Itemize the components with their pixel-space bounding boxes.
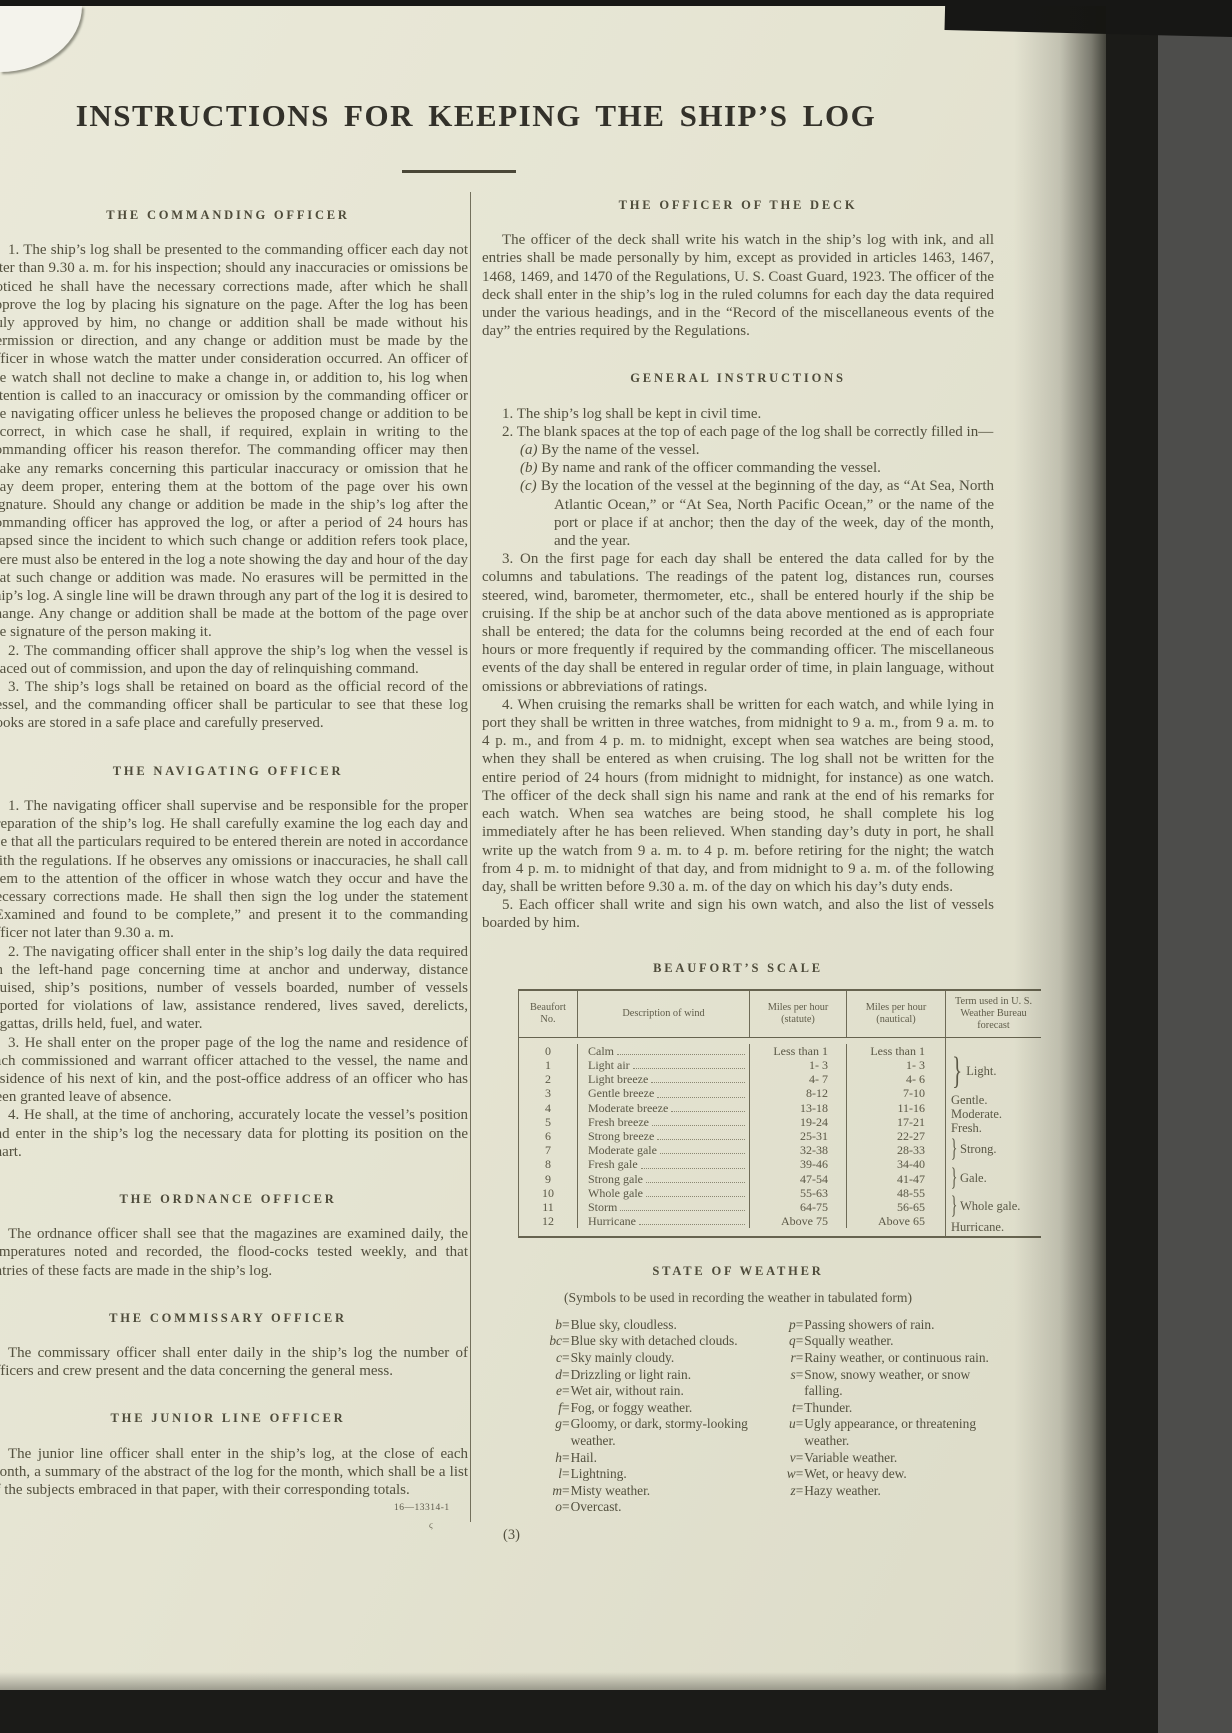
description-text: Strong breeze	[588, 1129, 654, 1143]
state-of-weather-subtitle: (Symbols to be used in recording the wea…	[482, 1289, 994, 1307]
weather-meaning: Thunder.	[803, 1400, 994, 1417]
weather-meaning: Fog, or foggy weather.	[570, 1400, 766, 1417]
weather-meaning: Drizzling or light rain.	[570, 1367, 766, 1384]
equals-sign: =	[562, 1350, 570, 1367]
title-rule	[402, 170, 516, 173]
printer-mark: 16—13314-1	[394, 1503, 450, 1513]
dotted-leader	[633, 1058, 745, 1069]
weather-meaning: Hail.	[570, 1450, 766, 1467]
cell-statute-mph: 64-75	[749, 1200, 846, 1214]
paragraph: 3. The ship’s logs shall be retained on …	[0, 678, 468, 733]
dotted-leader	[657, 1086, 745, 1097]
list-item-text: By the location of the vessel at the beg…	[541, 478, 994, 549]
dotted-leader	[660, 1143, 745, 1154]
weather-symbol-entry: z=Hazy weather.	[772, 1483, 994, 1500]
dotted-leader	[646, 1186, 745, 1197]
weather-symbol-entry: f=Fog, or foggy weather.	[538, 1400, 766, 1417]
weather-symbol: o	[538, 1499, 562, 1516]
weather-symbol: g	[538, 1416, 562, 1449]
column-header-statute-mph: Miles per hour (statute)	[749, 991, 846, 1037]
section-junior-line-officer: THE JUNIOR LINE OFFICER The junior line …	[0, 1409, 468, 1499]
list-item-text: By name and rank of the officer commandi…	[541, 460, 881, 476]
cell-nautical-mph: Less than 1	[846, 1044, 945, 1058]
weather-column-right: p=Passing showers of rain.q=Squally weat…	[772, 1317, 994, 1516]
weather-meaning: Snow, snowy weather, or snow falling.	[803, 1367, 994, 1400]
column-header-nautical-mph: Miles per hour (nautical)	[846, 991, 945, 1037]
weather-symbol: f	[538, 1400, 562, 1417]
equals-sign: =	[562, 1450, 570, 1467]
weather-symbol: v	[772, 1450, 796, 1467]
weather-symbol-entry: u=Ugly appearance, or threatening weathe…	[772, 1416, 994, 1449]
scanned-book-photo: INSTRUCTIONS FOR KEEPING THE SHIP’S LOG …	[0, 0, 1232, 1733]
cell-nautical-mph: Above 65	[846, 1214, 945, 1228]
cell-beaufort-no: 8	[519, 1157, 577, 1171]
weather-meaning: Wet air, without rain.	[570, 1383, 766, 1400]
description-text: Fresh gale	[588, 1157, 638, 1171]
beaufort-term-column: Light. Gentle. Moderate. Fresh. Strong. …	[945, 1038, 1041, 1237]
weather-symbol: s	[772, 1367, 796, 1400]
equals-sign: =	[562, 1367, 570, 1384]
cell-nautical-mph: 7-10	[846, 1086, 945, 1100]
weather-meaning: Squally weather.	[803, 1333, 994, 1350]
description-text: Fresh breeze	[588, 1115, 649, 1129]
paragraph: 2. The navigating officer shall enter in…	[0, 943, 468, 1034]
equals-sign: =	[562, 1333, 570, 1350]
weather-column-left: b=Blue sky, cloudless.bc=Blue sky with d…	[538, 1317, 766, 1516]
cell-nautical-mph: 34-40	[846, 1157, 945, 1171]
section-heading: THE JUNIOR LINE OFFICER	[0, 1409, 468, 1427]
dotted-leader	[651, 1072, 745, 1083]
column-header-beaufort-no: Beaufort No.	[519, 991, 577, 1037]
weather-symbol: d	[538, 1367, 562, 1384]
section-heading: THE OFFICER OF THE DECK	[482, 196, 994, 214]
paragraph: 1. The ship’s log shall be kept in civil…	[482, 405, 994, 423]
weather-meaning: Wet, or heavy dew.	[803, 1466, 994, 1483]
weather-symbol: b	[538, 1317, 562, 1334]
section-heading: THE COMMISSARY OFFICER	[0, 1309, 468, 1327]
dotted-leader	[641, 1157, 745, 1168]
dotted-leader	[639, 1214, 745, 1225]
list-item-label: (a)	[520, 442, 538, 458]
paragraph: 4. He shall, at the time of anchoring, a…	[0, 1106, 468, 1161]
cell-statute-mph: 19-24	[749, 1115, 846, 1129]
weather-meaning: Passing showers of rain.	[803, 1317, 994, 1334]
section-heading: THE COMMANDING OFFICER	[0, 206, 468, 224]
cell-description: Light breeze	[577, 1072, 749, 1086]
section-heading: GENERAL INSTRUCTIONS	[482, 369, 994, 387]
description-text: Light breeze	[588, 1072, 648, 1086]
list-item: (c) By the location of the vessel at the…	[520, 477, 994, 550]
section-officer-of-the-deck: THE OFFICER OF THE DECK The officer of t…	[482, 196, 994, 340]
equals-sign: =	[562, 1383, 570, 1400]
list-item-label: (c)	[520, 478, 537, 494]
beaufort-scale-table: Beaufort No. Description of wind Miles p…	[518, 989, 1041, 1239]
cell-statute-mph: 8-12	[749, 1086, 846, 1100]
page-corner-curl	[0, 6, 82, 72]
beaufort-scale-heading: BEAUFORT’S SCALE	[482, 959, 994, 977]
weather-symbol-entry: l=Lightning.	[538, 1466, 766, 1483]
description-text: Moderate breeze	[588, 1101, 668, 1115]
beaufort-table-header: Beaufort No. Description of wind Miles p…	[519, 991, 1041, 1038]
weather-symbol-entry: r=Rainy weather, or continuous rain.	[772, 1350, 994, 1367]
forecast-term: Hurricane.	[951, 1218, 1004, 1236]
description-text: Light air	[588, 1058, 630, 1072]
weather-symbol-entry: t=Thunder.	[772, 1400, 994, 1417]
printer-ornament: ϛ	[429, 1520, 433, 1530]
cell-nautical-mph: 28-33	[846, 1143, 945, 1157]
paragraph: 2. The commanding officer shall approve …	[0, 642, 468, 678]
cell-description: Fresh gale	[577, 1157, 749, 1171]
section-commanding-officer: THE COMMANDING OFFICER 1. The ship’s log…	[0, 206, 468, 733]
equals-sign: =	[796, 1416, 804, 1449]
cell-statute-mph: Above 75	[749, 1214, 846, 1228]
cell-beaufort-no: 6	[519, 1129, 577, 1143]
list-item-label: (b)	[520, 460, 538, 476]
cell-description: Fresh breeze	[577, 1115, 749, 1129]
cell-description: Light air	[577, 1058, 749, 1072]
cell-nautical-mph: 1- 3	[846, 1058, 945, 1072]
weather-meaning: Overcast.	[570, 1499, 766, 1516]
cell-nautical-mph: 48-55	[846, 1186, 945, 1200]
section-commissary-officer: THE COMMISSARY OFFICER The commissary of…	[0, 1309, 468, 1381]
equals-sign: =	[562, 1317, 570, 1334]
description-text: Storm	[588, 1200, 617, 1214]
cell-statute-mph: 13-18	[749, 1101, 846, 1115]
equals-sign: =	[796, 1350, 804, 1367]
dotted-leader	[652, 1115, 745, 1126]
weather-meaning: Blue sky, cloudless.	[570, 1317, 766, 1334]
weather-meaning: Rainy weather, or continuous rain.	[803, 1350, 994, 1367]
cell-description: Moderate breeze	[577, 1101, 749, 1115]
weather-meaning: Blue sky with detached clouds.	[570, 1333, 766, 1350]
page-top-right-shadow	[945, 0, 1232, 38]
weather-symbol: u	[772, 1416, 796, 1449]
cell-beaufort-no: 7	[519, 1143, 577, 1157]
weather-symbol-entry: bc=Blue sky with detached clouds.	[538, 1333, 766, 1350]
weather-symbol: e	[538, 1383, 562, 1400]
document-page: INSTRUCTIONS FOR KEEPING THE SHIP’S LOG …	[0, 6, 1106, 1690]
forecast-term: Gale.	[951, 1169, 987, 1187]
dotted-leader	[646, 1172, 745, 1183]
forecast-term: Light.	[951, 1062, 996, 1080]
weather-meaning: Sky mainly cloudy.	[570, 1350, 766, 1367]
cell-description: Whole gale	[577, 1186, 749, 1200]
column-header-description: Description of wind	[577, 991, 749, 1037]
paragraph: 1. The ship’s log shall be presented to …	[0, 241, 468, 641]
state-of-weather-heading: STATE OF WEATHER	[482, 1262, 994, 1280]
paragraph: The officer of the deck shall write his …	[482, 231, 994, 340]
paragraph: The junior line officer shall enter in t…	[0, 1445, 468, 1500]
weather-meaning: Misty weather.	[570, 1483, 766, 1500]
cell-statute-mph: 25-31	[749, 1129, 846, 1143]
cell-description: Gentle breeze	[577, 1086, 749, 1100]
list-item: (a) By the name of the vessel.	[520, 441, 994, 459]
paragraph: 4. When cruising the remarks shall be wr…	[482, 696, 994, 896]
cell-description: Hurricane	[577, 1214, 749, 1228]
weather-symbol: h	[538, 1450, 562, 1467]
gutter-shadow	[1014, 6, 1106, 1690]
weather-symbol-entry: h=Hail.	[538, 1450, 766, 1467]
cell-beaufort-no: 3	[519, 1086, 577, 1100]
weather-symbol-legend: b=Blue sky, cloudless.bc=Blue sky with d…	[538, 1317, 994, 1516]
lettered-list: (a) By the name of the vessel. (b) By na…	[520, 441, 994, 550]
description-text: Hurricane	[588, 1214, 636, 1228]
cell-statute-mph: 1- 3	[749, 1058, 846, 1072]
cell-statute-mph: 47-54	[749, 1172, 846, 1186]
weather-symbol: m	[538, 1483, 562, 1500]
weather-meaning: Hazy weather.	[803, 1483, 994, 1500]
forecast-term: Strong.	[951, 1140, 996, 1158]
weather-symbol-entry: b=Blue sky, cloudless.	[538, 1317, 766, 1334]
cell-statute-mph: 39-46	[749, 1157, 846, 1171]
equals-sign: =	[796, 1333, 804, 1350]
paragraph: The commissary officer shall enter daily…	[0, 1344, 468, 1380]
paragraph: 3. He shall enter on the proper page of …	[0, 1034, 468, 1107]
cell-statute-mph: 32-38	[749, 1143, 846, 1157]
weather-symbol-entry: s=Snow, snowy weather, or snow falling.	[772, 1367, 994, 1400]
weather-symbol: t	[772, 1400, 796, 1417]
equals-sign: =	[562, 1483, 570, 1500]
cell-beaufort-no: 12	[519, 1214, 577, 1228]
weather-meaning: Gloomy, or dark, stormy-looking weather.	[570, 1416, 766, 1449]
cell-statute-mph: Less than 1	[749, 1044, 846, 1058]
right-column: THE OFFICER OF THE DECK The officer of t…	[482, 196, 994, 1516]
cell-nautical-mph: 17-21	[846, 1115, 945, 1129]
cell-beaufort-no: 4	[519, 1101, 577, 1115]
bottom-edge-shadow	[0, 1672, 1106, 1690]
cell-beaufort-no: 0	[519, 1044, 577, 1058]
weather-symbol-entry: o=Overcast.	[538, 1499, 766, 1516]
cell-nautical-mph: 22-27	[846, 1129, 945, 1143]
paragraph: 1. The navigating officer shall supervis…	[0, 797, 468, 943]
weather-symbol-entry: d=Drizzling or light rain.	[538, 1367, 766, 1384]
section-general-instructions: GENERAL INSTRUCTIONS 1. The ship’s log s…	[482, 369, 994, 932]
weather-symbol: z	[772, 1483, 796, 1500]
equals-sign: =	[562, 1400, 570, 1417]
weather-symbol: l	[538, 1466, 562, 1483]
list-item-text: By the name of the vessel.	[541, 442, 699, 458]
weather-meaning: Ugly appearance, or threatening weather.	[803, 1416, 994, 1449]
left-column: THE COMMANDING OFFICER 1. The ship’s log…	[0, 206, 468, 1499]
dotted-leader	[617, 1044, 745, 1055]
section-heading: THE ORDNANCE OFFICER	[0, 1190, 468, 1208]
description-text: Gentle breeze	[588, 1086, 654, 1100]
cell-beaufort-no: 11	[519, 1200, 577, 1214]
cell-nautical-mph: 41-47	[846, 1172, 945, 1186]
cell-description: Strong breeze	[577, 1129, 749, 1143]
equals-sign: =	[562, 1466, 570, 1483]
equals-sign: =	[562, 1416, 570, 1449]
description-text: Strong gale	[588, 1172, 643, 1186]
description-text: Calm	[588, 1044, 614, 1058]
forecast-term: Whole gale.	[951, 1197, 1020, 1215]
weather-symbol-entry: v=Variable weather.	[772, 1450, 994, 1467]
equals-sign: =	[796, 1367, 804, 1400]
cell-beaufort-no: 5	[519, 1115, 577, 1129]
page-number: (3)	[503, 1527, 520, 1544]
weather-symbol: w	[772, 1466, 796, 1483]
cell-description: Calm	[577, 1044, 749, 1058]
paragraph: 5. Each officer shall write and sign his…	[482, 896, 994, 932]
cell-nautical-mph: 56-65	[846, 1200, 945, 1214]
page-title: INSTRUCTIONS FOR KEEPING THE SHIP’S LOG	[0, 98, 952, 134]
section-ordnance-officer: THE ORDNANCE OFFICER The ordnance office…	[0, 1190, 468, 1280]
dotted-leader	[657, 1129, 745, 1140]
description-text: Moderate gale	[588, 1143, 657, 1157]
cell-statute-mph: 55-63	[749, 1186, 846, 1200]
dotted-leader	[620, 1200, 745, 1211]
weather-symbol-entry: e=Wet air, without rain.	[538, 1383, 766, 1400]
paragraph: 2. The blank spaces at the top of each p…	[482, 423, 994, 441]
weather-symbol-entry: g=Gloomy, or dark, stormy-looking weathe…	[538, 1416, 766, 1449]
description-text: Whole gale	[588, 1186, 643, 1200]
column-divider-rule	[470, 192, 471, 1522]
section-navigating-officer: THE NAVIGATING OFFICER 1. The navigating…	[0, 762, 468, 1161]
cell-statute-mph: 4- 7	[749, 1072, 846, 1086]
weather-symbol-entry: w=Wet, or heavy dew.	[772, 1466, 994, 1483]
cell-beaufort-no: 9	[519, 1172, 577, 1186]
cell-nautical-mph: 4- 6	[846, 1072, 945, 1086]
equals-sign: =	[796, 1317, 804, 1334]
weather-symbol: bc	[538, 1333, 562, 1350]
cell-beaufort-no: 2	[519, 1072, 577, 1086]
book-edge-band	[1158, 0, 1232, 1733]
weather-symbol-entry: p=Passing showers of rain.	[772, 1317, 994, 1334]
weather-meaning: Variable weather.	[803, 1450, 994, 1467]
weather-symbol: c	[538, 1350, 562, 1367]
weather-symbol: p	[772, 1317, 796, 1334]
paragraph: 3. On the first page for each day shall …	[482, 550, 994, 696]
cell-description: Moderate gale	[577, 1143, 749, 1157]
section-heading: THE NAVIGATING OFFICER	[0, 762, 468, 780]
weather-symbol-entry: c=Sky mainly cloudy.	[538, 1350, 766, 1367]
equals-sign: =	[562, 1499, 570, 1516]
cell-description: Storm	[577, 1200, 749, 1214]
paragraph: The ordnance officer shall see that the …	[0, 1225, 468, 1280]
equals-sign: =	[796, 1466, 804, 1483]
list-item: (b) By name and rank of the officer comm…	[520, 459, 994, 477]
column-header-forecast-term: Term used in U. S. Weather Bureau foreca…	[945, 991, 1041, 1037]
equals-sign: =	[796, 1400, 804, 1417]
cell-beaufort-no: 10	[519, 1186, 577, 1200]
cell-nautical-mph: 11-16	[846, 1101, 945, 1115]
weather-symbol: q	[772, 1333, 796, 1350]
weather-symbol: r	[772, 1350, 796, 1367]
cell-beaufort-no: 1	[519, 1058, 577, 1072]
equals-sign: =	[796, 1450, 804, 1467]
equals-sign: =	[796, 1483, 804, 1500]
cell-description: Strong gale	[577, 1172, 749, 1186]
weather-symbol-entry: q=Squally weather.	[772, 1333, 994, 1350]
dotted-leader	[671, 1101, 745, 1112]
weather-symbol-entry: m=Misty weather.	[538, 1483, 766, 1500]
weather-meaning: Lightning.	[570, 1466, 766, 1483]
